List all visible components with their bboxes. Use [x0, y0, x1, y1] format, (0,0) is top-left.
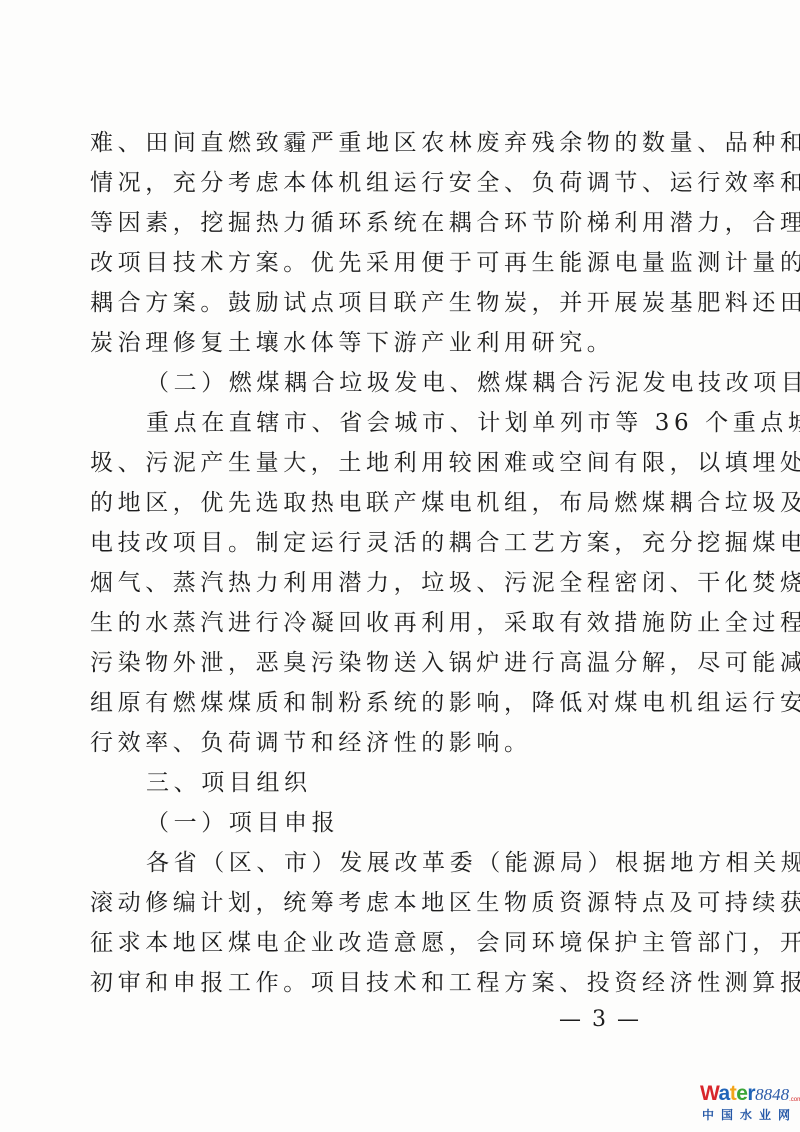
text-line: 烟气、蒸汽热力利用潜力，垃圾、污泥全程密闭、干化焚烧，干化产: [90, 563, 680, 603]
text-line: 情况，充分考虑本体机组运行安全、负荷调节、运行效率和经济性: [90, 163, 680, 203]
text-line: 各省（区、市）发展改革委（能源局）根据地方相关规划及规划: [90, 843, 680, 883]
text-line: 滚动修编计划，统筹考虑本地区生物质资源特点及可持续获得量，: [90, 883, 680, 923]
logo-letter: a: [719, 1082, 730, 1105]
logo-number: 8848: [755, 1085, 789, 1104]
text-line: 生的水蒸汽进行冷凝回收再利用，采取有效措施防止全过程恶臭: [90, 603, 680, 643]
text-line: 圾、污泥产生量大，土地利用较困难或空间有限，以填埋处置为主: [90, 443, 680, 483]
text-line: 征求本地区煤电企业改造意愿，会同环境保护主管部门，开展项目: [90, 923, 680, 963]
logo-suffix: .com: [789, 1097, 800, 1103]
text-line: 组原有燃煤煤质和制粉系统的影响，降低对煤电机组运行安全、运: [90, 683, 680, 723]
text-line: 初审和申报工作。项目技术和工程方案、投资经济性测算报告分: [90, 963, 680, 1003]
text-line: 耦合方案。鼓励试点项目联产生物炭，并开展炭基肥料还田、活性: [90, 283, 680, 323]
document-page: 难、田间直燃致霾严重地区农林废弃残余物的数量、品种和品质等 情况，充分考虑本体机…: [0, 0, 800, 1132]
subsection-heading-1: （一）项目申报: [90, 803, 680, 843]
logo-letter: e: [736, 1082, 747, 1105]
logo-brand: Water: [700, 1082, 755, 1105]
document-body: 难、田间直燃致霾严重地区农林废弃残余物的数量、品种和品质等 情况，充分考虑本体机…: [90, 123, 680, 1003]
text-line: 难、田间直燃致霾严重地区农林废弃残余物的数量、品种和品质等: [90, 123, 680, 163]
logo-letter: W: [700, 1082, 719, 1105]
logo-subtitle: 中国水业网: [702, 1106, 797, 1123]
section-heading-3: 三、项目组织: [90, 763, 680, 803]
text-line: 炭治理修复土壤水体等下游产业利用研究。: [90, 323, 680, 363]
text-line: 改项目技术方案。优先采用便于可再生能源电量监测计量的气化: [90, 243, 680, 283]
text-line: 行效率、负荷调节和经济性的影响。: [90, 723, 680, 763]
text-line: 等因素，挖掘热力循环系统在耦合环节阶梯利用潜力，合理确定技: [90, 203, 680, 243]
section-heading-2: （二）燃煤耦合垃圾发电、燃煤耦合污泥发电技改项目: [90, 363, 680, 403]
logo-wordmark: Water8848.com: [700, 1083, 800, 1105]
text-line: 的地区，优先选取热电联产煤电机组，布局燃煤耦合垃圾及污泥发: [90, 483, 680, 523]
page-number: — 3 —: [545, 1004, 655, 1036]
watermark-logo: Water8848.com 中国水业网: [700, 1083, 800, 1127]
logo-letter: r: [747, 1082, 755, 1105]
text-line: 污染物外泄，恶臭污染物送入锅炉进行高温分解，尽可能减少对机: [90, 643, 680, 683]
text-line: 重点在直辖市、省会城市、计划单列市等 36 个重点城市和垃: [90, 403, 680, 443]
text-line: 电技改项目。制定运行灵活的耦合工艺方案，充分挖掘煤电机组: [90, 523, 680, 563]
